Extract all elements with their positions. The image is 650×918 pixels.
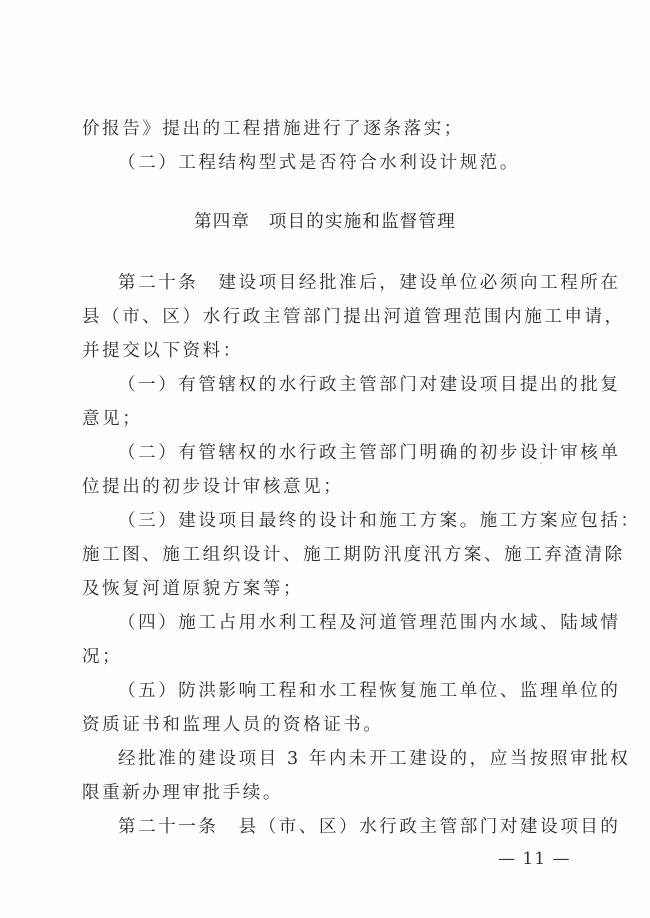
scan-speck [540,462,542,464]
body-line: 及恢复河道原貌方案等； [82,578,572,600]
list-item-1: （一）有管辖权的水行政主管部门对建设项目提出的批复 [118,374,608,396]
list-item-3: （三）建设项目最终的设计和施工方案。施工方案应包括： [118,510,608,532]
chapter-heading: 第四章 项目的实施和监督管理 [0,211,650,233]
body-line: 并提交以下资料： [82,340,572,362]
body-line: 况； [82,646,572,668]
body-line: 施工图、施工组织设计、施工期防汛度汛方案、施工弃渣清除 [82,544,572,566]
article-20-first-line: 第二十条 建设项目经批准后，建设单位必须向工程所在 [118,272,608,294]
body-line: 限重新办理审批手续。 [82,782,572,804]
article-21-first-line: 第二十一条 县（市、区）水行政主管部门对建设项目的 [118,816,608,838]
body-line: 意见； [82,408,572,430]
page-number: — 11 — [498,848,570,870]
document-page: 价报告》提出的工程措施进行了逐条落实； （二）工程结构型式是否符合水利设计规范。… [0,0,650,918]
body-line: 县（市、区）水行政主管部门提出河道管理范围内施工申请， [82,306,572,328]
list-item-2: （二）有管辖权的水行政主管部门明确的初步设计审核单 [118,442,608,464]
body-line-continuation: 价报告》提出的工程措施进行了逐条落实； [82,118,572,140]
body-line-item-2: （二）工程结构型式是否符合水利设计规范。 [118,152,608,174]
list-item-5: （五）防洪影响工程和水工程恢复施工单位、监理单位的 [118,680,608,702]
body-line: 位提出的初步设计审核意见； [82,476,572,498]
scan-speck [390,117,392,119]
list-item-4: （四）施工占用水利工程及河道管理范围内水域、陆域情 [118,612,608,634]
body-paragraph-approval: 经批准的建设项目 3 年内未开工建设的，应当按照审批权 [118,748,608,770]
body-line: 资质证书和监理人员的资格证书。 [82,714,572,736]
